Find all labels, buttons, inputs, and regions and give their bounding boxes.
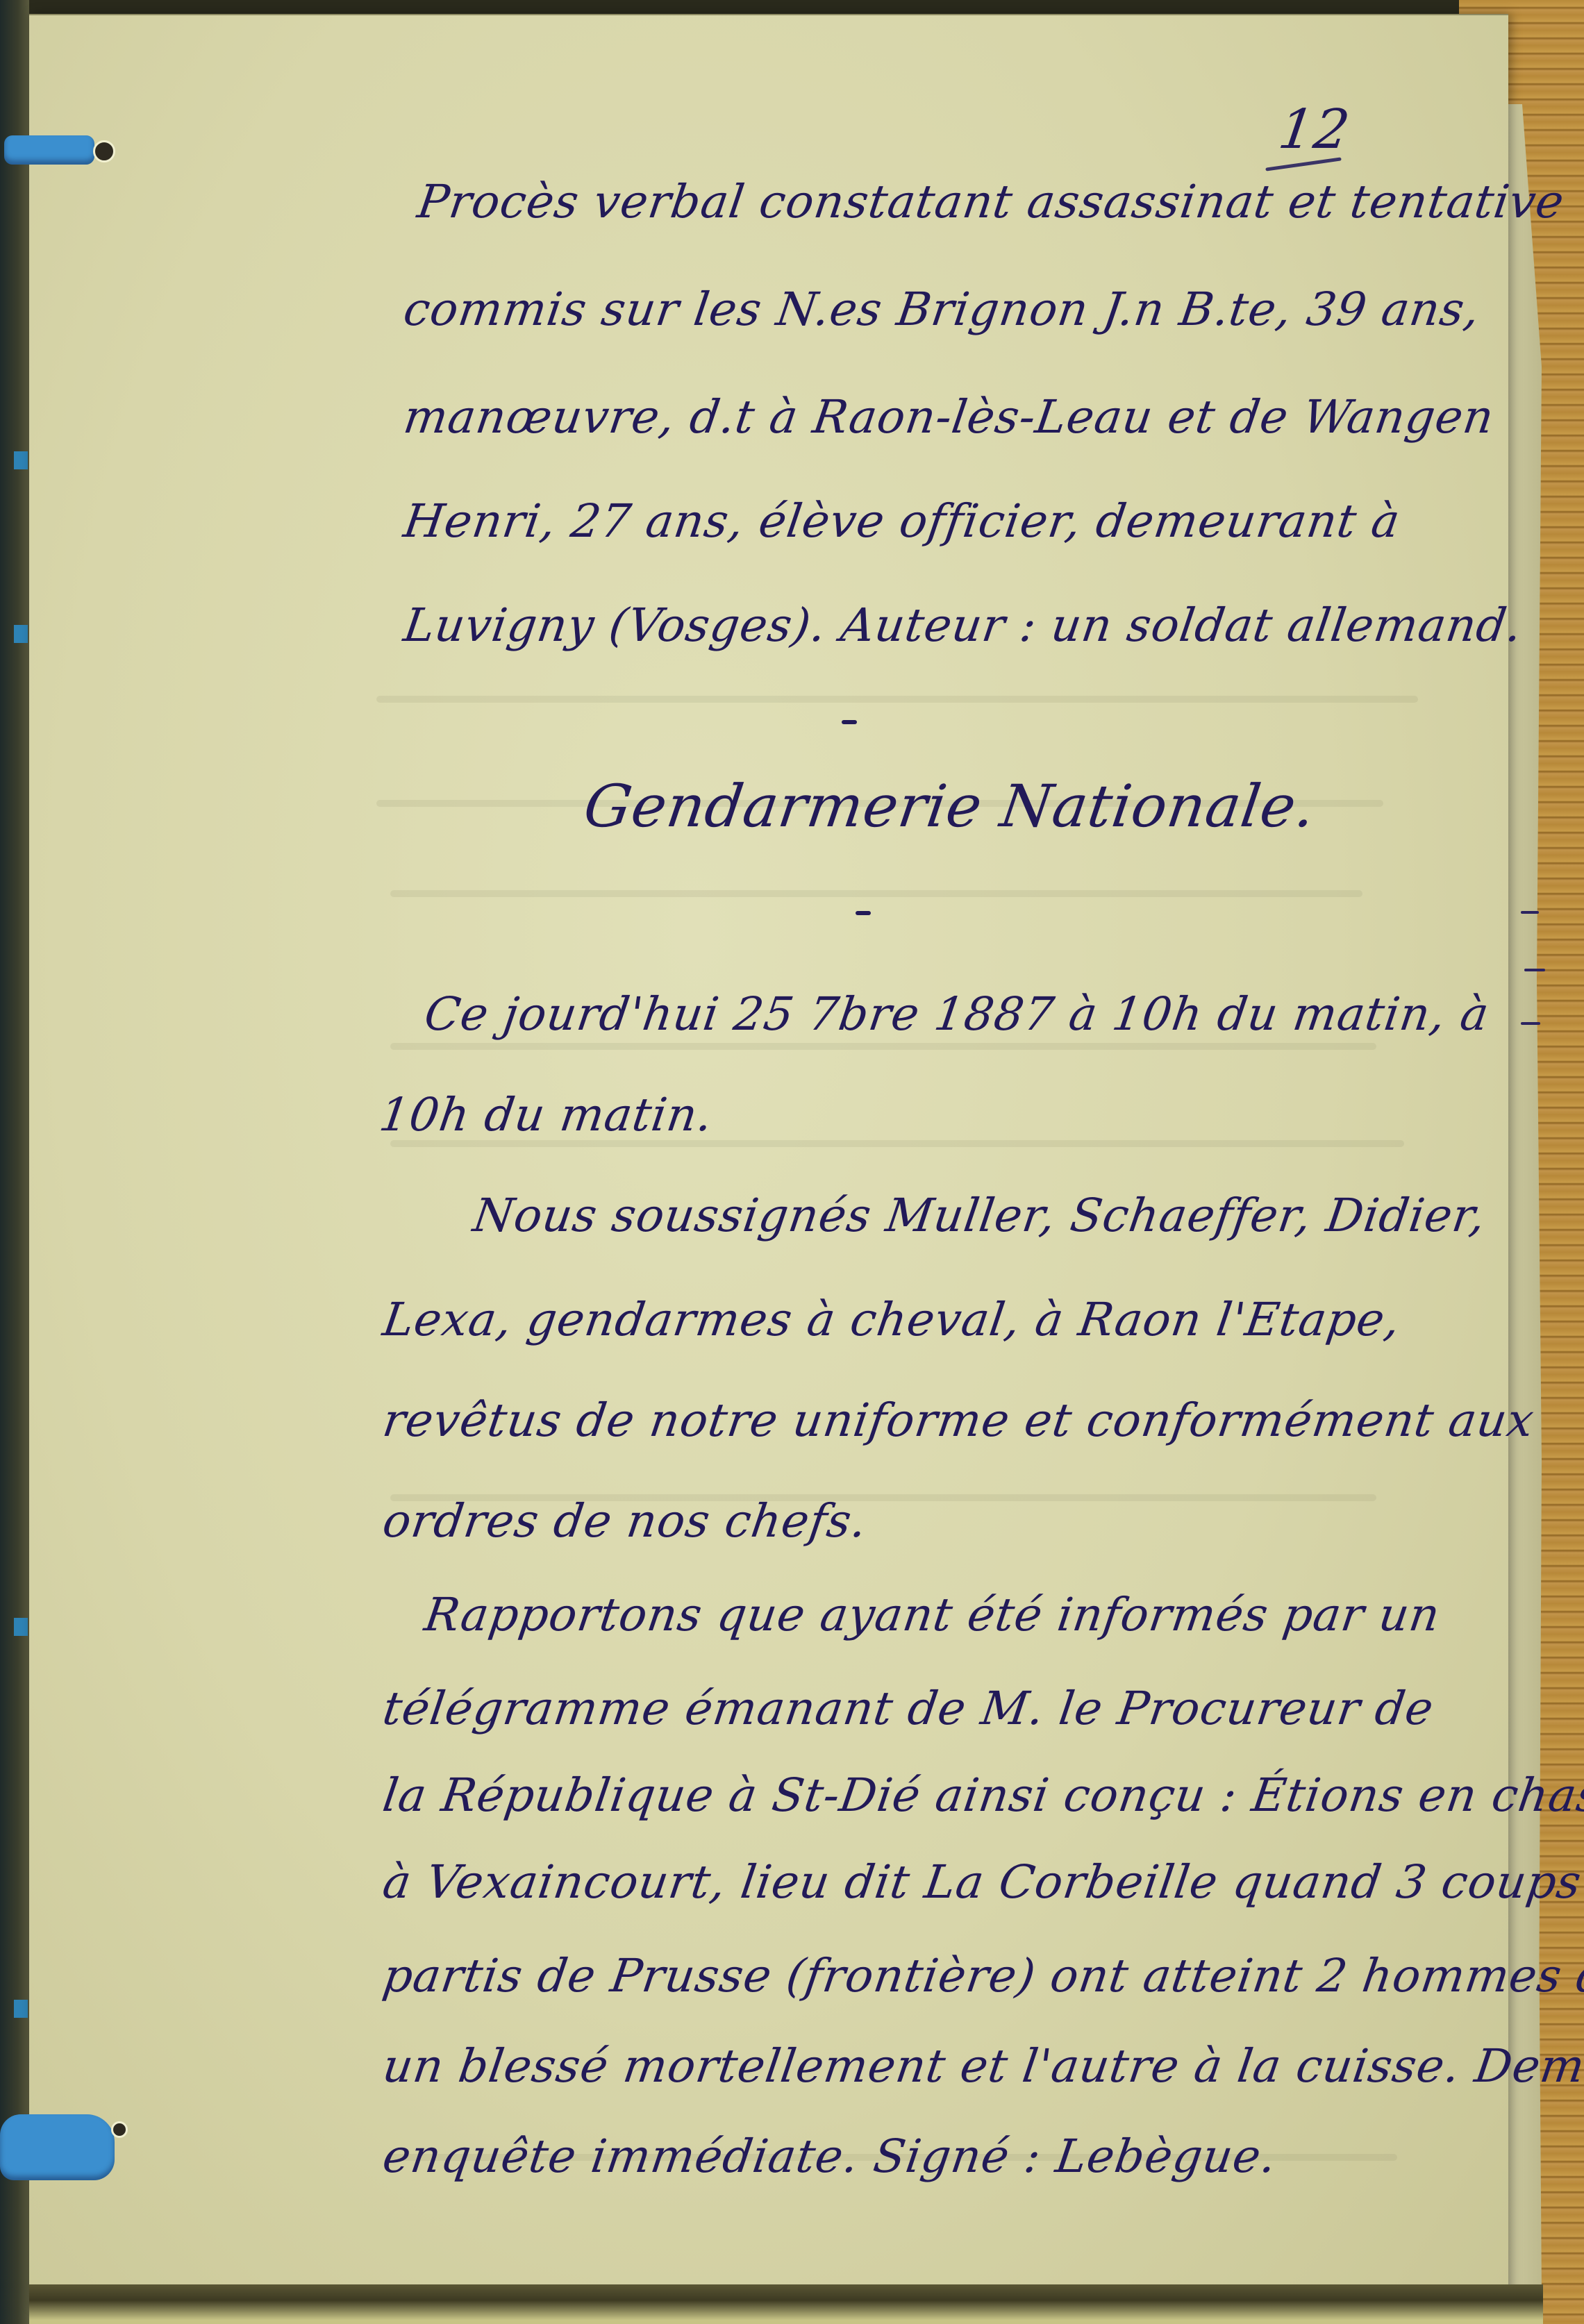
folio-number: 12 <box>1275 99 1354 161</box>
underlying-sheet-ink <box>1521 911 1539 914</box>
body-line-4: Lexa, gendarmes à cheval, à Raon l'Etape… <box>380 1293 1404 1346</box>
show-through <box>376 696 1418 703</box>
body-line-3: Nous soussignés Muller, Schaeffer, Didie… <box>470 1189 1490 1242</box>
underlying-sheet-ink <box>1521 1022 1540 1025</box>
body-line-6: ordres de nos chefs. <box>380 1494 871 1548</box>
body-line-2: 10h du matin. <box>376 1088 717 1142</box>
body-line-10: à Vexaincourt, lieu dit La Corbeille qua… <box>380 1855 1584 1909</box>
separator-dash <box>856 911 871 915</box>
underlying-sheet-ink <box>1524 969 1545 971</box>
body-line-13: enquête immédiate. Signé : Lebègue. <box>380 2130 1281 2183</box>
body-line-5: revêtus de notre uniforme et conformémen… <box>380 1394 1538 1447</box>
ribbon-tab <box>14 2000 28 2018</box>
body-line-1: Ce jourd'hui 25 7bre 1887 à 10h du matin… <box>422 987 1493 1041</box>
heading-gendarmerie: Gendarmerie Nationale. <box>580 772 1320 840</box>
punch-hole <box>111 2121 128 2138</box>
body-line-8: télégramme émanant de M. le Procureur de <box>380 1682 1437 1735</box>
body-line-12: un blessé mortellement et l'autre à la c… <box>380 2039 1584 2093</box>
body-line-11: partis de Prusse (frontière) ont atteint… <box>380 1949 1584 2003</box>
show-through <box>390 1043 1376 1050</box>
ribbon-tab <box>14 625 28 643</box>
title-line-5: Luvigny (Vosges). Auteur : un soldat all… <box>401 599 1526 652</box>
ribbon-tab <box>14 451 28 469</box>
ribbon-tab <box>14 1618 28 1636</box>
body-line-9: la République à St-Dié ainsi conçu : Éti… <box>380 1769 1584 1822</box>
title-line-4: Henri, 27 ans, élève officier, demeurant… <box>401 494 1404 548</box>
page-bottom-edge <box>29 2284 1543 2324</box>
blue-ribbon-top <box>4 135 94 165</box>
show-through <box>390 890 1362 897</box>
title-line-1: Procès verbal constatant assassinat et t… <box>415 175 1568 228</box>
manuscript-page: 12 Procès verbal constatant assassinat e… <box>29 14 1508 2307</box>
title-line-2: commis sur les N.es Brignon J.n B.te, 39… <box>401 283 1484 336</box>
body-line-7: Rapportons que ayant été informés par un <box>422 1588 1444 1641</box>
blue-ribbon-bottom <box>0 2114 115 2180</box>
separator-dash <box>842 720 857 724</box>
binder-spine <box>0 0 29 2324</box>
title-line-3: manœuvre, d.t à Raon-lès-Leau et de Wang… <box>401 390 1498 444</box>
punch-hole <box>93 140 115 162</box>
